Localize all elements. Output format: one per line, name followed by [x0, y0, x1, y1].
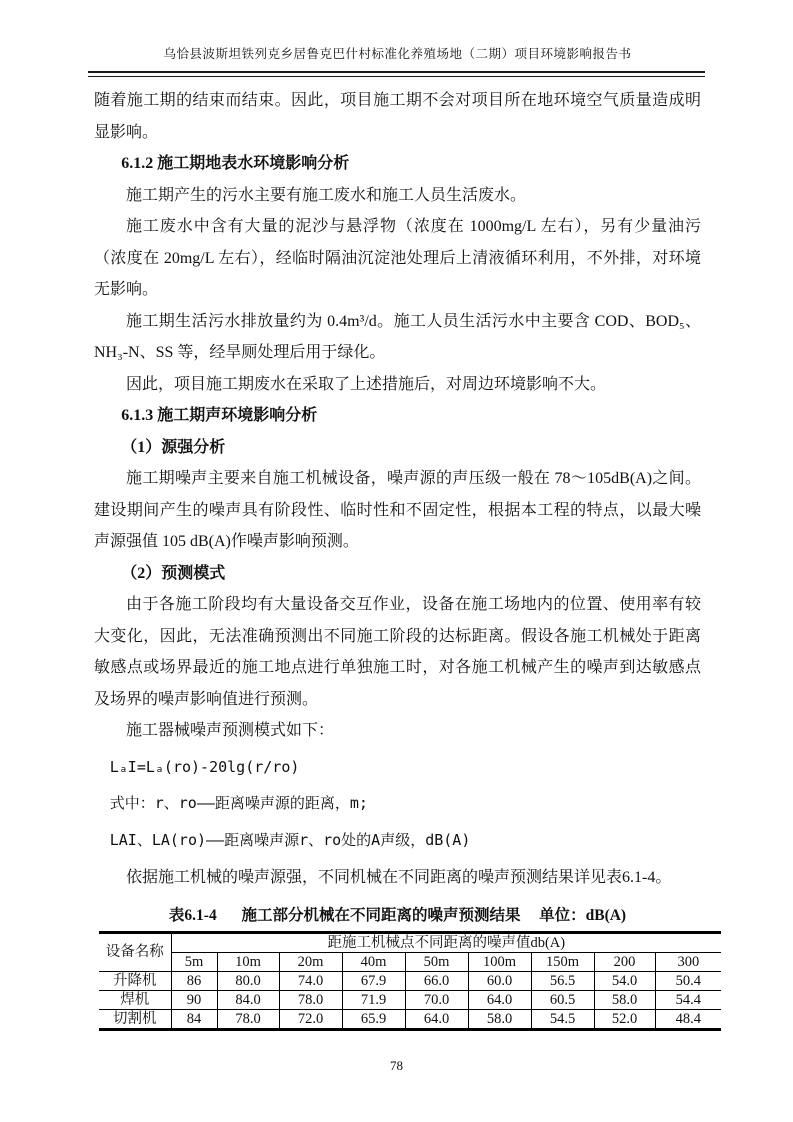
table-row-cutter: 切割机 84 78.0 72.0 65.9 64.0 58.0 54.5 52.…: [99, 1009, 721, 1029]
table-cell-value: 72.0: [279, 1009, 342, 1029]
table-cell-value: 54.5: [531, 1009, 594, 1029]
table-caption-unit: 单位：dB(A): [539, 907, 626, 924]
table-cell-value: 84.0: [217, 990, 279, 1009]
paragraph-domestic-sewage: 施工期生活污水排放量约为 0.4m³/d。施工人员生活污水中主要含 COD、BO…: [94, 306, 701, 369]
table-cell-value: 80.0: [217, 971, 279, 990]
table-header-row-1: 设备名称 距施工机械点不同距离的噪声值db(A): [99, 932, 721, 952]
table-caption-label: 表6.1-4: [169, 907, 217, 924]
paragraph-continuation: 随着施工期的结束而结束。因此，项目施工期不会对项目所在地环境空气质量造成明显影响…: [94, 85, 701, 148]
table-cell-value: 56.5: [531, 971, 594, 990]
table-cell-value: 60.0: [468, 971, 531, 990]
table-caption-title: 施工部分机械在不同距离的噪声预测结果: [242, 907, 521, 924]
table-header-distance: 40m: [342, 952, 405, 971]
table-header-device: 设备名称: [99, 932, 171, 971]
table-header-distance: 10m: [217, 952, 279, 971]
table-cell-device: 切割机: [99, 1009, 171, 1029]
table-cell-value: 64.0: [468, 990, 531, 1009]
table-cell-value: 60.5: [531, 990, 594, 1009]
table-cell-value: 54.4: [655, 990, 721, 1009]
formula-note-sound-level: LAI、LA(ro)——距离噪声源r、ro处的A声级，dB(A): [94, 825, 701, 857]
table-row-lift: 升降机 86 80.0 74.0 67.9 66.0 60.0 56.5 54.…: [99, 971, 721, 990]
formula-main: LₐI=Lₐ(ro)-20lg(r/ro): [94, 752, 701, 784]
table-header-distance: 20m: [279, 952, 342, 971]
table-cell-value: 50.4: [655, 971, 721, 990]
table-cell-value: 64.0: [405, 1009, 468, 1029]
table-cell-value: 74.0: [279, 971, 342, 990]
table-header-distance: 150m: [531, 952, 594, 971]
page-header-title: 乌恰县波斯坦铁列克乡居鲁克巴什村标准化养殖场地（二期）项目环境影响报告书: [94, 44, 701, 62]
table-header-distance: 200: [594, 952, 655, 971]
table-cell-value: 78.0: [217, 1009, 279, 1029]
table-cell-value: 58.0: [468, 1009, 531, 1029]
page-number: 78: [0, 1058, 793, 1074]
table-cell-device: 升降机: [99, 971, 171, 990]
document-page: 乌恰县波斯坦铁列克乡居鲁克巴什村标准化养殖场地（二期）项目环境影响报告书 随着施…: [0, 0, 793, 1122]
header-divider-rule: [88, 71, 705, 77]
paragraph-noise-source: 施工期噪声主要来自施工机械设备，噪声源的声压级一般在 78～105dB(A)之间…: [94, 463, 701, 558]
paragraph-conclusion-water: 因此，项目施工期废水在采取了上述措施后，对周边环境影响不大。: [94, 369, 701, 401]
subheading-prediction-mode: （2）预测模式: [94, 558, 701, 590]
table-cell-value: 54.0: [594, 971, 655, 990]
table-header-row-2: 5m 10m 20m 40m 50m 100m 150m 200 300: [99, 952, 721, 971]
table-cell-value: 58.0: [594, 990, 655, 1009]
table-header-distance: 50m: [405, 952, 468, 971]
table-cell-value: 84: [171, 1009, 217, 1029]
table-header-distance: 5m: [171, 952, 217, 971]
table-cell-value: 66.0: [405, 971, 468, 990]
section-heading-6-1-2: 6.1.2 施工期地表水环境影响分析: [94, 148, 701, 180]
table-cell-value: 90: [171, 990, 217, 1009]
table-header-distance: 100m: [468, 952, 531, 971]
table-header-span: 距施工机械点不同距离的噪声值db(A): [171, 932, 721, 952]
paragraph-prediction-desc: 由于各施工阶段均有大量设备交互作业，设备在施工场地内的位置、使用率有较大变化，因…: [94, 589, 701, 715]
table-cell-value: 65.9: [342, 1009, 405, 1029]
table-cell-device: 焊机: [99, 990, 171, 1009]
section-heading-6-1-3: 6.1.3 施工期声环境影响分析: [94, 400, 701, 432]
paragraph-construction-wastewater: 施工废水中含有大量的泥沙与悬浮物（浓度在 1000mg/L 左右），另有少量油污…: [94, 211, 701, 306]
table-row-welder: 焊机 90 84.0 78.0 71.9 70.0 64.0 60.5 58.0…: [99, 990, 721, 1009]
noise-prediction-table: 设备名称 距施工机械点不同距离的噪声值db(A) 5m 10m 20m 40m …: [99, 931, 721, 1031]
paragraph-table-reference: 依据施工机械的噪声源强，不同机械在不同距离的噪声预测结果详见表6.1-4。: [94, 862, 701, 894]
table-cell-value: 86: [171, 971, 217, 990]
table-cell-value: 70.0: [405, 990, 468, 1009]
paragraph-sewage-sources: 施工期产生的污水主要有施工废水和施工人员生活废水。: [94, 180, 701, 212]
table-header-distance: 300: [655, 952, 721, 971]
subheading-source-analysis: （1）源强分析: [94, 432, 701, 464]
table-cell-value: 67.9: [342, 971, 405, 990]
table-cell-value: 52.0: [594, 1009, 655, 1029]
paragraph-formula-intro: 施工器械噪声预测模式如下：: [94, 715, 701, 747]
table-caption: 表6.1-4施工部分机械在不同距离的噪声预测结果单位：dB(A): [94, 903, 701, 925]
table-cell-value: 48.4: [655, 1009, 721, 1029]
formula-note-distance: 式中：r、ro——距离噪声源的距离，m;: [94, 788, 701, 820]
table-cell-value: 78.0: [279, 990, 342, 1009]
table-cell-value: 71.9: [342, 990, 405, 1009]
